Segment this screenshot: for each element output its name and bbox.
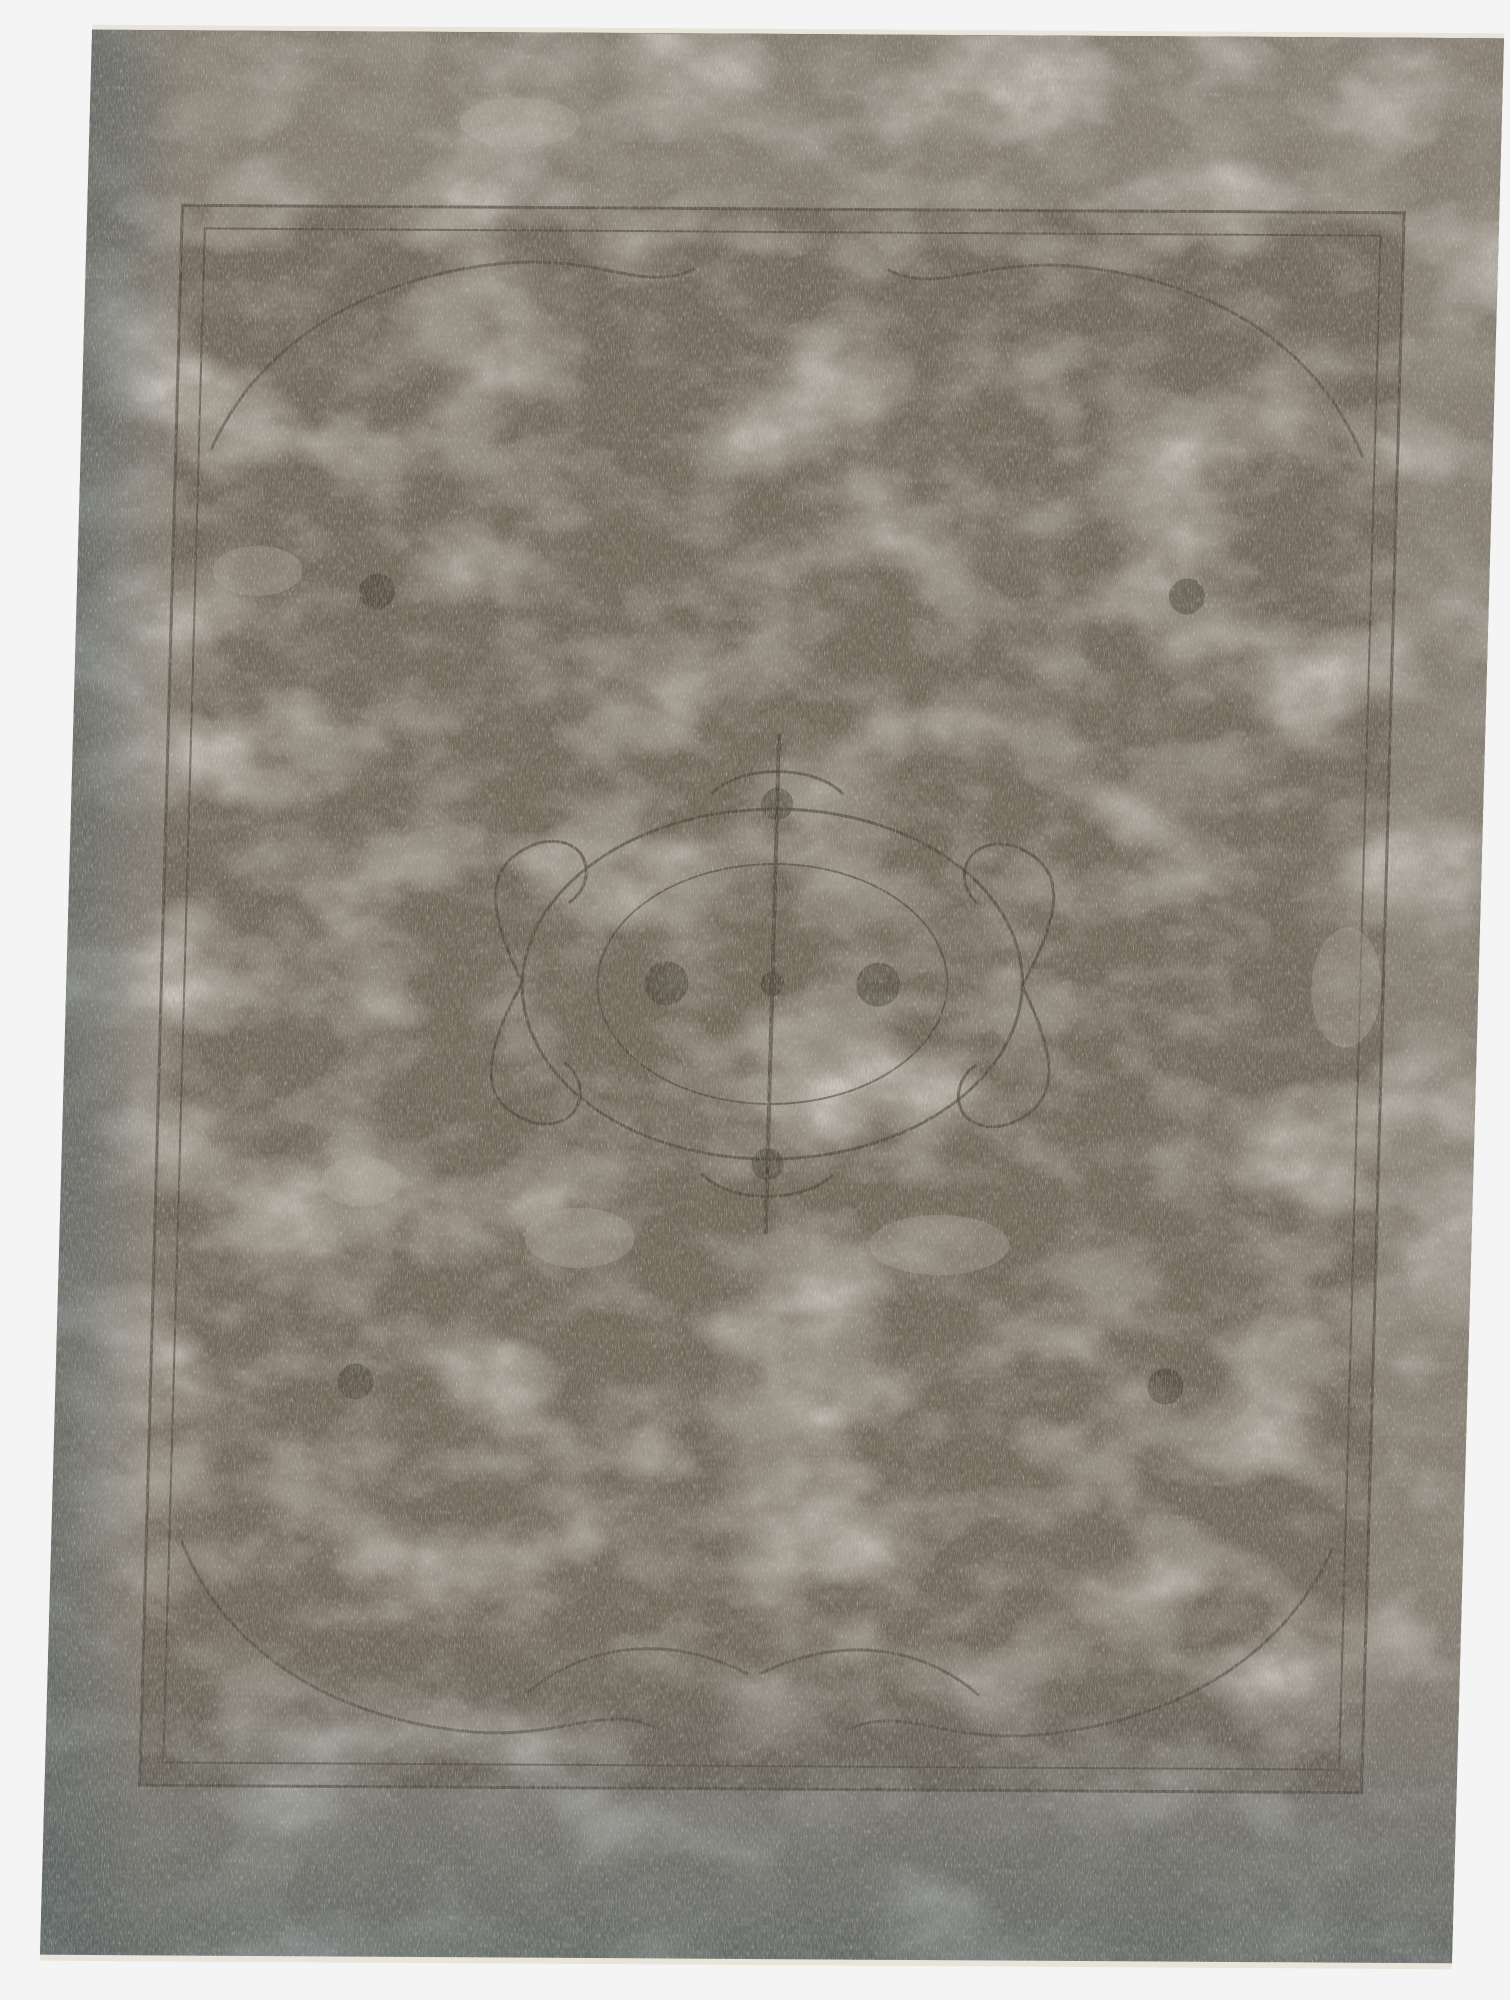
rug-surface [40,30,1504,1965]
rug [40,30,1504,1965]
rug-texture-art [40,30,1504,1965]
photo-stage [0,0,1510,2000]
